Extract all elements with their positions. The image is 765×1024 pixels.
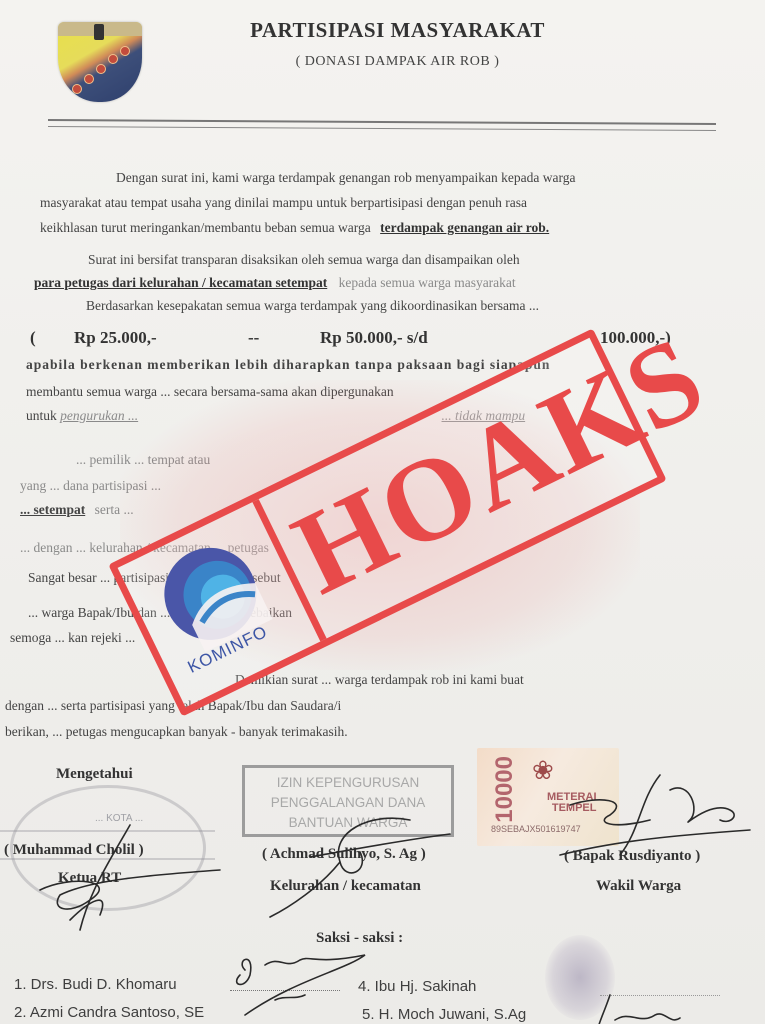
para1-line2: masyarakat atau tempat usaha yang dinila… <box>40 195 527 211</box>
stamp-value: 10000 <box>491 756 519 823</box>
header-rule <box>48 119 716 125</box>
amount-min: Rp 25.000,- <box>74 328 157 348</box>
para4-emphasis: ... setempat <box>20 502 85 517</box>
para1-line3-text: keikhlasan turut meringankan/membantu be… <box>40 220 371 235</box>
permit-line-1: IZIN KEPENGURUSAN <box>245 773 451 793</box>
para1-line3: keikhlasan turut meringankan/membantu be… <box>40 220 549 236</box>
witness-item: 1. Drs. Budi D. Khomaru <box>14 976 177 993</box>
para2-line1: Surat ini bersifat transparan disaksikan… <box>88 252 520 268</box>
witness-signature-icon <box>225 940 375 1024</box>
para5-line3: semoga ... kan rejeki ... <box>10 630 135 646</box>
amount-mid: Rp 50.000,- s/d <box>320 328 428 348</box>
para6-line3: berikan, ... petugas mengucapkan banyak … <box>5 724 348 740</box>
witness-5-signature-icon <box>590 990 690 1024</box>
para3-line1: Berdasarkan kesepakatan semua warga terd… <box>86 298 539 314</box>
para2-emphasis: para petugas dari kelurahan / kecamatan … <box>34 275 327 290</box>
acknowledged-heading: Mengetahui <box>56 766 133 783</box>
witness-item: 5. H. Moch Juwani, S.Ag <box>362 1006 526 1023</box>
permit-line-2: PENGGALANGAN DANA <box>245 793 451 813</box>
signature-right-icon <box>540 760 760 870</box>
witness-item: 2. Azmi Candra Santoso, SE <box>14 1004 204 1021</box>
signature-left-icon <box>30 820 230 940</box>
document-subtitle: ( DONASI DAMPAK AIR ROB ) <box>0 54 765 70</box>
para3-line5-text: untuk <box>26 408 57 423</box>
para4-line3: ... setempat serta ... <box>20 502 134 518</box>
para2-line2-text: kepada semua warga masyarakat <box>339 275 516 290</box>
signature-center-icon <box>250 812 470 922</box>
witness-item: 4. Ibu Hj. Sakinah <box>358 978 476 995</box>
para3-line3: apabila berkenan memberikan lebih dihara… <box>26 357 550 373</box>
para1-line1: Dengan surat ini, kami warga terdampak g… <box>116 170 575 186</box>
document-title: PARTISIPASI MASYARAKAT <box>0 18 765 43</box>
amount-separator: -- <box>248 328 259 348</box>
para1-emphasis: terdampak genangan air rob. <box>380 220 549 235</box>
header-rule-thin <box>48 126 716 131</box>
para6-line1: Demikian surat ... warga terdampak rob i… <box>235 672 524 688</box>
right-signatory-role: Wakil Warga <box>596 878 681 895</box>
amount-open: ( <box>30 328 36 348</box>
para2-line2: para petugas dari kelurahan / kecamatan … <box>34 275 516 291</box>
para6-line2: dengan ... serta partisipasi yang telah … <box>5 698 341 714</box>
